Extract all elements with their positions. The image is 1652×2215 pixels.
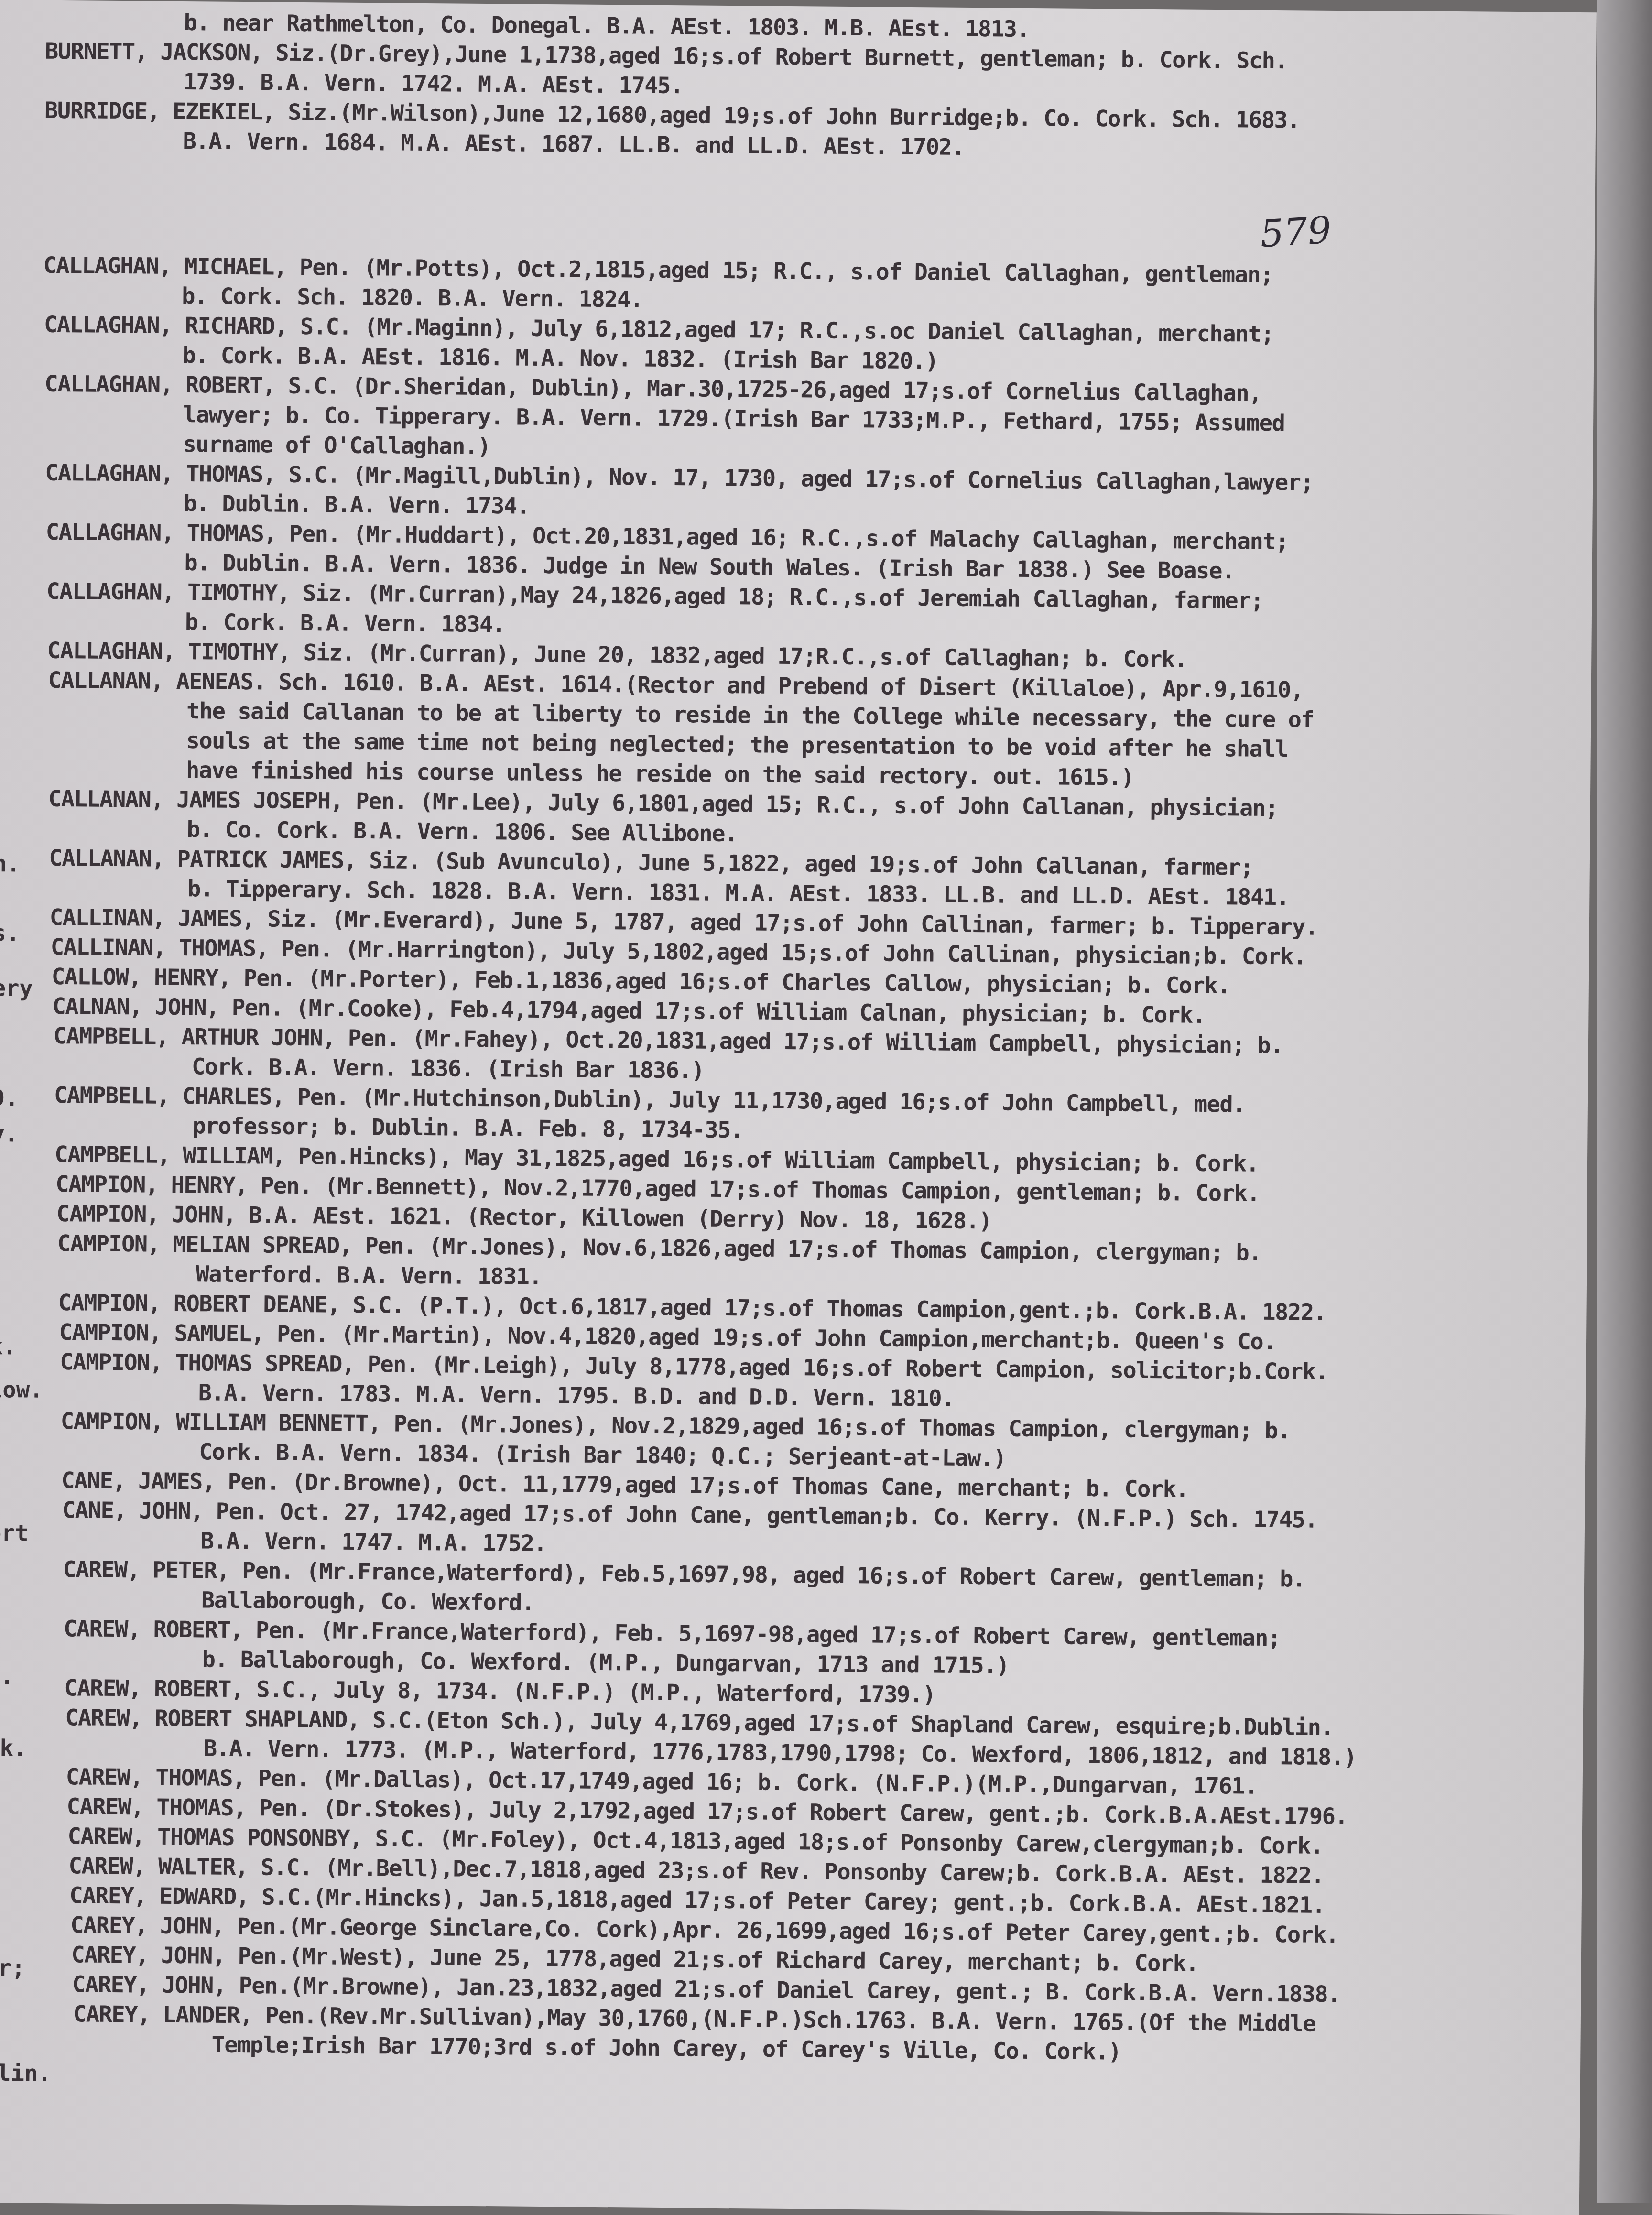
list-item: CAMPBELL, CHARLES, Pen. (Mr.Hutchinson,D… — [54, 1081, 1566, 1152]
margin-fragment: k. — [0, 1334, 17, 1360]
margin-fragment: n. — [0, 851, 21, 877]
margin-fragment: er; — [0, 1955, 25, 1982]
list-item: CANE, JOHN, Pen. Oct. 27, 1742,aged 17;s… — [62, 1496, 1563, 1567]
list-item: CAREY, LANDER, Pen.(Rev.Mr.Sullivan),May… — [73, 1999, 1559, 2070]
list-item: BURRIDGE, EZEKIEL, Siz.(Mr.Wilson),June … — [44, 96, 1574, 167]
list-item: CALLAGHAN, THOMAS, Pen. (Mr.Huddart), Oc… — [45, 518, 1571, 589]
list-item: CAREW, ROBERT SHAPLAND, S.C.(Eton Sch.),… — [65, 1703, 1562, 1774]
list-item: CAREW, ROBERT, Pen. (Mr.France,Waterford… — [63, 1614, 1562, 1685]
margin-fragment: low. — [0, 1377, 43, 1403]
margin-fragment: y. — [0, 1121, 18, 1147]
list-item: CALLAGHAN, RICHARD, S.C. (Mr.Maginn), Ju… — [43, 310, 1572, 381]
entries-main: CALLAGHAN, MICHAEL, Pen. (Mr.Potts), Oct… — [29, 251, 1573, 2071]
list-item: CALLAGHAN, MICHAEL, Pen. (Mr.Potts), Oct… — [43, 251, 1573, 322]
margin-fragment: ery — [0, 975, 33, 1002]
margin-fragment: s. — [0, 920, 20, 946]
margin-fragment: b. — [0, 1663, 14, 1690]
margin-fragment: blin. — [0, 2060, 52, 2087]
list-item: CALLANAN, PATRICK JAMES, Siz. (Sub Avunc… — [49, 844, 1568, 915]
margin-fragment: 9. — [0, 1085, 19, 1111]
register-entries: b. near Rathmelton, Co. Donegal. B.A. AE… — [29, 0, 1575, 2071]
margin-fragment: ert — [0, 1520, 29, 1547]
list-item: CAREW, PETER, Pen. (Mr.France,Waterford)… — [63, 1555, 1563, 1626]
list-item: CALLAGHAN, TIMOTHY, Siz. (Mr.Curran),May… — [46, 577, 1571, 648]
entries-top: BURNETT, JACKSON, Siz.(Dr.Grey),June 1,1… — [44, 37, 1575, 167]
list-item: CALLAGHAN, THOMAS, S.C. (Mr.Magill,Dubli… — [45, 458, 1572, 530]
list-item: CAMPION, WILLIAM BENNETT, Pen. (Mr.Jones… — [60, 1407, 1564, 1478]
document-page: 579 b. near Rathmelton, Co. Donegal. B.A… — [0, 0, 1597, 2203]
margin-fragment: s — [0, 1616, 1, 1642]
list-item: BURNETT, JACKSON, Siz.(Dr.Grey),June 1,1… — [44, 37, 1575, 108]
list-item: CAMPION, MELIAN SPREAD, Pen. (Mr.Jones),… — [57, 1229, 1565, 1300]
list-item: CAMPBELL, ARTHUR JOHN, Pen. (Mr.Fahey), … — [53, 1021, 1567, 1093]
list-item: CAMPION, THOMAS SPREAD, Pen. (Mr.Leigh),… — [60, 1347, 1565, 1419]
list-item: CALLANAN, AENEAS. Sch. 1610. B.A. AEst. … — [47, 666, 1570, 796]
page-edge-shadow — [1597, 0, 1652, 2203]
list-item: CALLAGHAN, ROBERT, S.C. (Dr.Sheridan, Du… — [44, 369, 1572, 470]
margin-fragment: rk. — [0, 1735, 27, 1762]
list-item: CALLANAN, JAMES JOSEPH, Pen. (Mr.Lee), J… — [48, 784, 1569, 856]
